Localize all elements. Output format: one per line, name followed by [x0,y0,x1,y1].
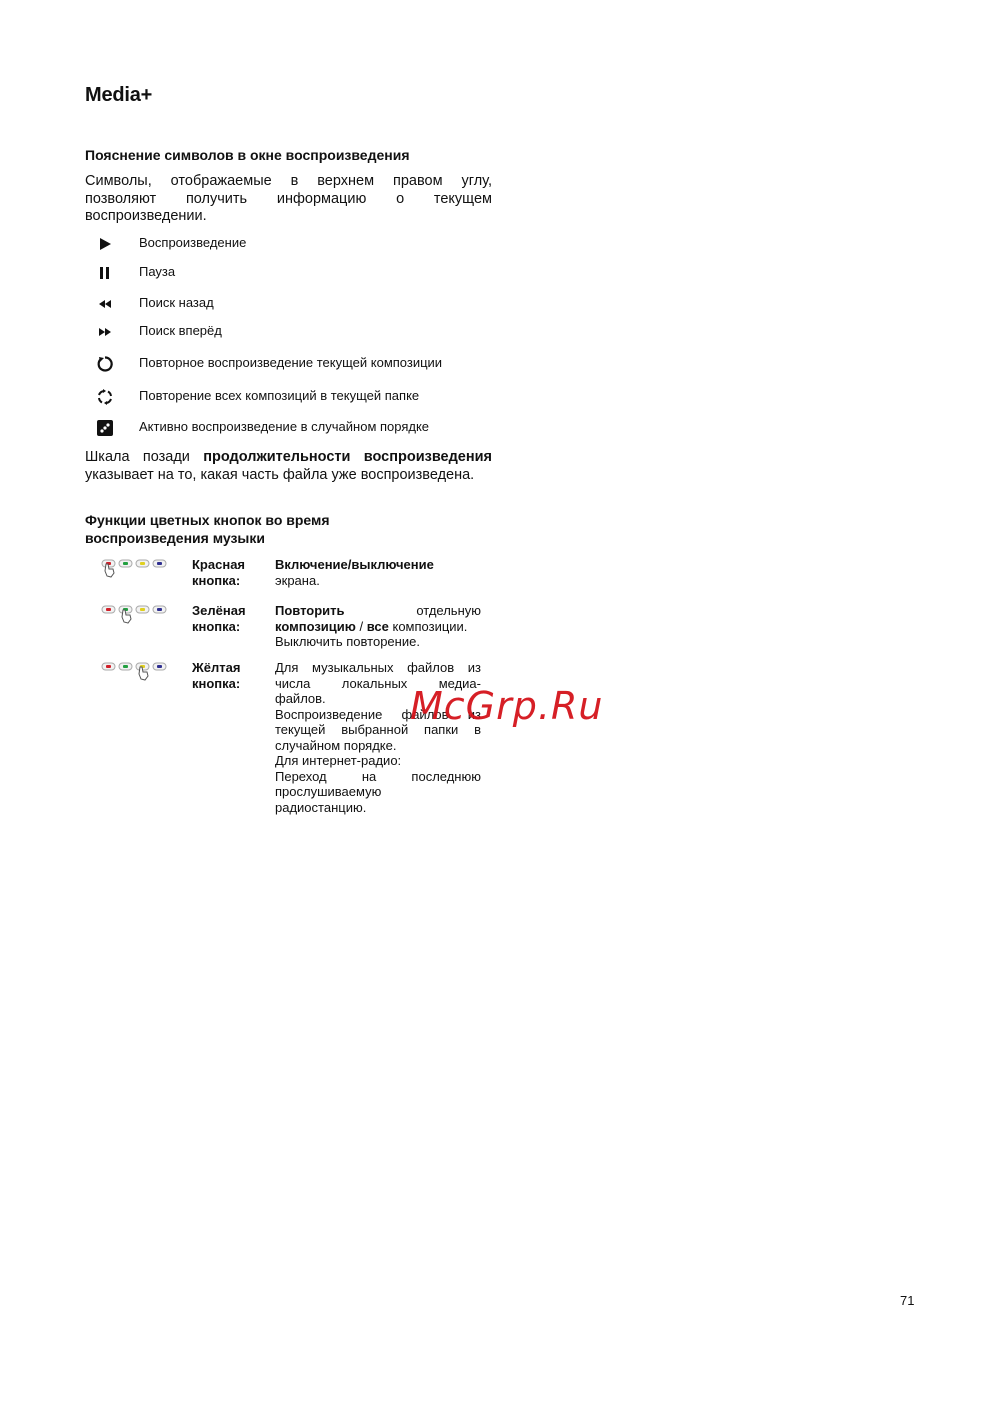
color-buttons-heading: Функции цветных кнопок во время воспроиз… [85,511,405,547]
symbol-row-play: Воспроизведение [96,234,114,254]
progress-note: Шкала позади продолжительности воспроизв… [85,449,492,484]
color-buttons-heading-line1: Функции цветных кнопок во время [85,511,405,529]
symbol-label: Воспроизведение [139,235,246,250]
symbol-row-pause: Пауза [96,263,114,283]
desc-text: Для музыкальных файлов из [275,660,481,676]
remote-buttons-green-pressed-icon [100,603,170,633]
symbol-label: Повторное воспроизведение текущей композ… [139,355,442,370]
watermark: McGrp.Ru [410,684,603,728]
symbols-heading: Пояснение символов в окне воспроизведени… [85,146,410,164]
progress-note-prefix: Шкала позади [85,449,203,465]
red-button-name: Красная кнопка: [192,557,262,588]
fast-forward-icon [96,323,114,341]
desc-text: радиостанцию. [275,800,481,816]
page-number: 71 [900,1293,914,1308]
desc-bold: все [367,619,389,634]
symbol-row-rewind: Поиск назад [96,294,114,314]
desc-bold: композицию [275,619,356,634]
color-buttons-heading-line2: воспроизведения музыки [85,529,405,547]
symbol-label: Поиск вперёд [139,323,222,338]
yellow-button-name: Жёлтая кнопка: [192,660,262,691]
button-name-line1: Жёлтая [192,660,262,676]
red-button-description: Включение/выключение экрана. [275,557,481,588]
desc-text: экрана. [275,573,481,589]
desc-bold: Повторить [275,603,345,619]
pause-icon [96,264,114,282]
button-name-line2: кнопка: [192,619,262,635]
button-name-line2: кнопка: [192,573,262,589]
button-name-line1: Красная [192,557,262,573]
symbol-label: Пауза [139,264,175,279]
symbol-label: Повторение всех композиций в текущей пап… [139,388,419,403]
green-button-name: Зелёная кнопка: [192,603,262,634]
symbol-label: Активно воспроизведение в случайном поря… [139,419,429,434]
progress-note-bold: продолжительности воспроизведения [203,449,492,465]
symbol-row-fast-forward: Поиск вперёд [96,322,114,342]
desc-text: композиции. [389,619,468,634]
page-title: Media+ [85,84,152,107]
progress-note-suffix: указывает на то, какая часть файла уже в… [85,467,474,483]
button-name-line2: кнопка: [192,676,262,692]
symbol-row-repeat-one: Повторное воспроизведение текущей композ… [96,354,114,374]
remote-buttons-yellow-pressed-icon [100,660,170,690]
shuffle-icon [96,419,114,437]
rewind-icon [96,295,114,313]
remote-buttons-red-pressed-icon [100,557,170,587]
desc-bold: Включение/выключение [275,557,434,572]
symbols-intro: Символы, отображаемые в верхнем правом у… [85,173,492,226]
desc-text: Выключить повторение. [275,634,481,650]
desc-text: Для интернет-радио: [275,753,481,769]
repeat-one-icon [96,355,114,373]
repeat-all-icon [96,388,114,406]
desc-text: Переход на последнюю [275,769,481,785]
symbol-row-shuffle: Активно воспроизведение в случайном поря… [96,418,114,438]
symbol-row-repeat-all: Повторение всех композиций в текущей пап… [96,387,114,407]
desc-text: отдельную [416,603,481,619]
symbol-label: Поиск назад [139,295,214,310]
green-button-description: Повторитьотдельную композицию / все комп… [275,603,481,650]
desc-text: прослушиваемую [275,784,481,800]
desc-separator: / [356,619,367,634]
desc-text: случайном порядке. [275,738,481,754]
play-icon [96,235,114,253]
button-name-line1: Зелёная [192,603,262,619]
